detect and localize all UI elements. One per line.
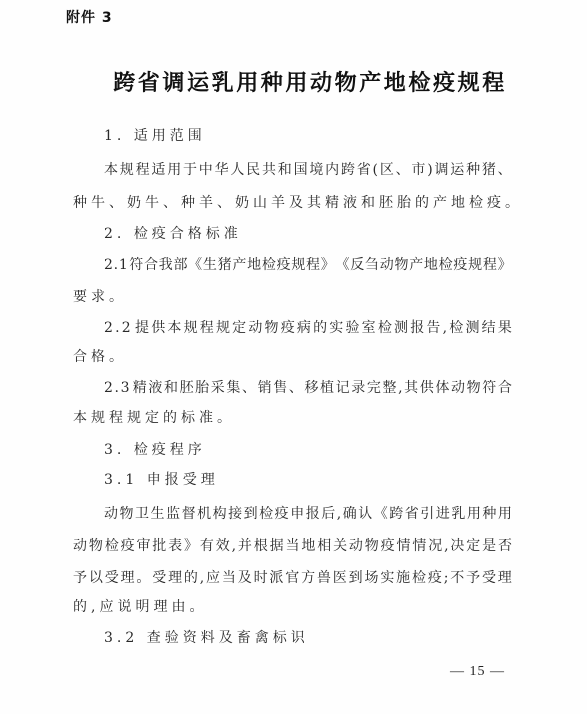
attachment-label: 附件 3 (66, 7, 113, 27)
document-title: 跨省调运乳用种用动物产地检疫规程 (0, 66, 587, 97)
section-heading-procedure: 3. 检疫程序 (104, 440, 206, 460)
subsection-heading-documents: 3.2 查验资料及畜禽标识 (104, 628, 309, 648)
page-number: — 15 — (450, 664, 505, 680)
paragraph-line: 动物卫生监督机构接到检疫申报后,确认《跨省引进乳用种用 (104, 504, 512, 524)
section-heading-standards: 2. 检疫合格标准 (104, 224, 242, 244)
paragraph-line: 本规程适用于中华人民共和国境内跨省(区、市)调运种猪、 (104, 160, 512, 180)
subsection-heading-application: 3.1 申报受理 (104, 470, 219, 490)
section-heading-scope: 1. 适用范围 (104, 126, 206, 146)
document-page: 附件 3 跨省调运乳用种用动物产地检疫规程 1. 适用范围 本规程适用于中华人民… (0, 0, 587, 714)
paragraph-line: 要求。 (73, 287, 127, 307)
paragraph-line: 2.2 提供本规程规定动物疫病的实验室检测报告,检测结果 (104, 318, 512, 338)
paragraph-line: 2.1 符合我部《生猪产地检疫规程》《反刍动物产地检疫规程》 (104, 255, 512, 275)
paragraph-line: 本规程规定的标准。 (73, 408, 235, 428)
paragraph-line: 的,应说明理由。 (73, 597, 207, 617)
paragraph-line: 予以受理。受理的,应当及时派官方兽医到场实施检疫;不予受理 (73, 568, 512, 588)
paragraph-line: 种牛、奶牛、种羊、奶山羊及其精液和胚胎的产地检疫。 (73, 193, 523, 213)
paragraph-line: 合格。 (73, 347, 127, 367)
paragraph-line: 动物检疫审批表》有效,并根据当地相关动物疫情情况,决定是否 (73, 536, 512, 556)
paragraph-line: 2.3 精液和胚胎采集、销售、移植记录完整,其供体动物符合 (104, 378, 512, 398)
